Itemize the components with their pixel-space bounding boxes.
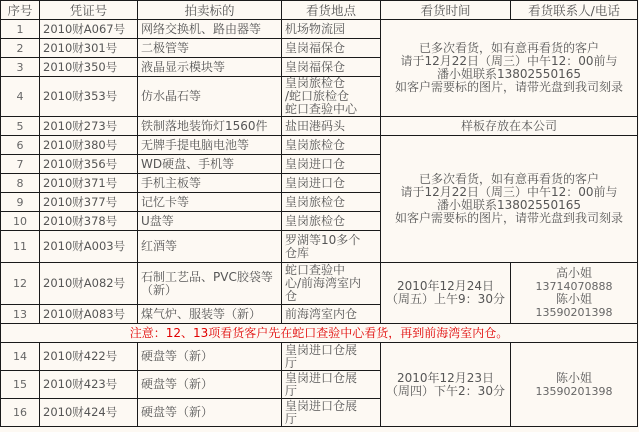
cell-voucher: 2010财350号: [40, 58, 138, 77]
cell-voucher: 2010财A082号: [40, 263, 138, 305]
header-no: 序号: [1, 1, 40, 20]
cell-voucher: 2010财424号: [40, 399, 138, 427]
cell-location: 皇岗旅检仓: [282, 136, 381, 155]
cell-location: 机场物流园: [282, 20, 381, 39]
group4-contacts: 陈小姐 13590201398: [511, 343, 638, 427]
cell-location: 皇岗进口仓展 厅: [282, 399, 381, 427]
cell-item: 硬盘等（新）: [138, 343, 282, 371]
location-line: 仓: [285, 290, 377, 303]
cell-item: U盘等: [138, 212, 282, 231]
cell-no: 8: [1, 174, 40, 193]
time-line: （周四）下午2：30分: [384, 385, 507, 398]
cell-voucher: 2010财423号: [40, 371, 138, 399]
cell-item: 记忆卡等: [138, 193, 282, 212]
cell-voucher: 2010财273号: [40, 117, 138, 136]
cell-voucher: 2010财380号: [40, 136, 138, 155]
cell-no: 15: [1, 371, 40, 399]
contact-name: 陈小姐: [514, 372, 634, 385]
cell-no: 5: [1, 117, 40, 136]
cell-location: 罗湖等10多个 仓库: [282, 231, 381, 263]
cell-location: 皇岗进口仓展 厅: [282, 371, 381, 399]
sample-notice: 样板存放在本公司: [381, 117, 638, 136]
cell-voucher: 2010财353号: [40, 77, 138, 117]
header-item: 拍卖标的: [138, 1, 282, 20]
cell-item: 铁制落地装饰灯1560件: [138, 117, 282, 136]
table-row: 6 2010财380号 无牌手提电脑电池等 皇岗旅检仓 已多次看货，如有意再看货…: [1, 136, 638, 155]
cell-item: 煤气炉、服装等（新）: [138, 305, 282, 324]
viewing-note: 注意：12、13项看货客户先在蛇口查验中心看货，再到前海湾室内仓。: [1, 324, 638, 343]
cell-no: 7: [1, 155, 40, 174]
cell-location: 皇岗旅检仓: [282, 212, 381, 231]
note-row: 注意：12、13项看货客户先在蛇口查验中心看货，再到前海湾室内仓。: [1, 324, 638, 343]
cell-item: 手机主板等: [138, 174, 282, 193]
cell-location: 皇岗进口仓: [282, 155, 381, 174]
location-line: 心/前海湾室内: [285, 277, 377, 290]
item-line: （新）: [141, 284, 278, 297]
location-line: 厅: [285, 385, 377, 398]
table-row: 14 2010财422号 硬盘等（新） 皇岗进口仓展 厅 2010年12月23日…: [1, 343, 638, 371]
cell-item: WD硬盘、手机等: [138, 155, 282, 174]
cell-voucher: 2010财A067号: [40, 20, 138, 39]
table-row: 5 2010财273号 铁制落地装饰灯1560件 盐田港码头 样板存放在本公司: [1, 117, 638, 136]
item-line: 石制工艺品、PVC胶袋等: [141, 271, 278, 284]
contact-phone: 13590201398: [514, 385, 634, 398]
header-voucher: 凭证号: [40, 1, 138, 20]
cell-item: 红酒等: [138, 231, 282, 263]
location-line: 蛇口查验中心: [285, 103, 377, 116]
header-contact: 看货联系人/电话: [511, 1, 638, 20]
group2-notice: 已多次看货，如有意再看货的客户 请于12月22日（周三）中午12：00前与 潘小…: [381, 136, 638, 263]
group3-contacts: 高小姐 13714070888 陈小姐 13590201398: [511, 263, 638, 324]
location-line: 皇岗进口仓展: [285, 400, 377, 413]
cell-item: 液晶显示模块等: [138, 58, 282, 77]
group1-notice: 已多次看货，如有意再看货的客户 请于12月22日（周三）中午12：00前与 潘小…: [381, 20, 638, 117]
cell-no: 10: [1, 212, 40, 231]
cell-no: 16: [1, 399, 40, 427]
cell-item: 无牌手提电脑电池等: [138, 136, 282, 155]
location-line: 厅: [285, 357, 377, 370]
cell-item: 硬盘等（新）: [138, 399, 282, 427]
table-header-row: 序号 凭证号 拍卖标的 看货地点 看货时间 看货联系人/电话: [1, 1, 638, 20]
time-line: （周五）上午9：30分: [384, 293, 507, 306]
location-line: 罗湖等10多个: [285, 234, 377, 247]
cell-item: 二极管等: [138, 39, 282, 58]
header-time: 看货时间: [381, 1, 511, 20]
group3-time: 2010年12月24日 （周五）上午9：30分: [381, 263, 511, 324]
cell-item: 石制工艺品、PVC胶袋等 （新）: [138, 263, 282, 305]
location-line: 皇岗进口仓展: [285, 344, 377, 357]
cell-location: 皇岗福保仓: [282, 58, 381, 77]
cell-location: 皇岗旅检仓 /蛇口旅检仓 蛇口查验中心: [282, 77, 381, 117]
contact-phone: 13590201398: [514, 306, 634, 319]
cell-no: 3: [1, 58, 40, 77]
cell-no: 4: [1, 77, 40, 117]
cell-voucher: 2010财422号: [40, 343, 138, 371]
cell-voucher: 2010财356号: [40, 155, 138, 174]
cell-no: 13: [1, 305, 40, 324]
cell-voucher: 2010财378号: [40, 212, 138, 231]
cell-location: 蛇口查验中 心/前海湾室内 仓: [282, 263, 381, 305]
location-line: 皇岗进口仓展: [285, 372, 377, 385]
table-row: 12 2010财A082号 石制工艺品、PVC胶袋等 （新） 蛇口查验中 心/前…: [1, 263, 638, 305]
cell-voucher: 2010财A083号: [40, 305, 138, 324]
cell-no: 14: [1, 343, 40, 371]
cell-location: 盐田港码头: [282, 117, 381, 136]
cell-no: 1: [1, 20, 40, 39]
location-line: 厅: [285, 413, 377, 426]
group4-time: 2010年12月23日 （周四）下午2：30分: [381, 343, 511, 427]
notice-line: 如客户需要标的图片，请带光盘到我司刻录: [384, 81, 634, 94]
cell-location: 皇岗进口仓: [282, 174, 381, 193]
notice-line: 如客户需要标的图片，请带光盘到我司刻录: [384, 212, 634, 225]
table-row: 1 2010财A067号 网络交换机、路由器等 机场物流园 已多次看货，如有意再…: [1, 20, 638, 39]
cell-no: 12: [1, 263, 40, 305]
cell-item: 仿水晶石等: [138, 77, 282, 117]
cell-no: 6: [1, 136, 40, 155]
cell-no: 2: [1, 39, 40, 58]
header-location: 看货地点: [282, 1, 381, 20]
cell-location: 皇岗进口仓展 厅: [282, 343, 381, 371]
cell-location: 皇岗旅检仓: [282, 193, 381, 212]
location-line: 仓库: [285, 247, 377, 260]
cell-no: 11: [1, 231, 40, 263]
cell-no: 9: [1, 193, 40, 212]
contact-name: 陈小姐: [514, 293, 634, 306]
cell-item: 网络交换机、路由器等: [138, 20, 282, 39]
auction-viewing-table: 序号 凭证号 拍卖标的 看货地点 看货时间 看货联系人/电话 1 2010财A0…: [0, 0, 638, 427]
contact-name: 高小姐: [514, 267, 634, 280]
cell-item: 硬盘等（新）: [138, 371, 282, 399]
time-line: 2010年12月23日: [384, 372, 507, 385]
cell-location: 前海湾室内仓: [282, 305, 381, 324]
cell-voucher: 2010财377号: [40, 193, 138, 212]
cell-voucher: 2010财301号: [40, 39, 138, 58]
cell-voucher: 2010财371号: [40, 174, 138, 193]
cell-voucher: 2010财A003号: [40, 231, 138, 263]
cell-location: 皇岗福保仓: [282, 39, 381, 58]
